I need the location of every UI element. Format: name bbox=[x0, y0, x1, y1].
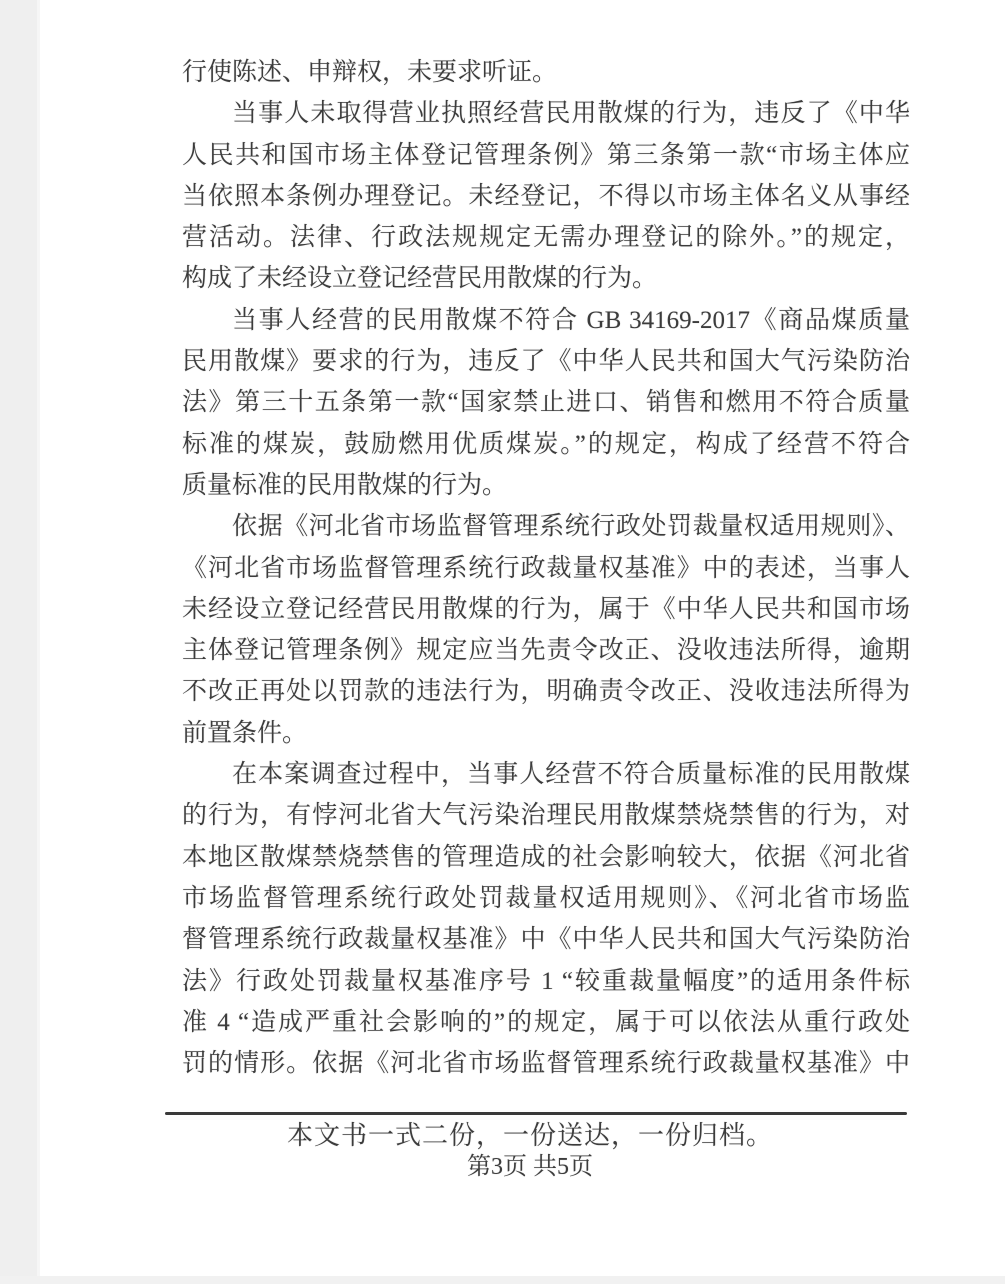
body-line: 法》第三十五条第一款“国家禁止进口、销售和燃用不符合质量 bbox=[182, 382, 910, 423]
body-line: 未经设立登记经营民用散煤的行为，属于《中华人民共和国市场 bbox=[182, 589, 910, 630]
body-line: 罚的情形。依据《河北省市场监督管理系统行政裁量权基准》中 bbox=[182, 1043, 910, 1084]
body-line: 的行为，有悖河北省大气污染治理民用散煤禁烧禁售的行为，对 bbox=[182, 795, 910, 836]
body-line: 当事人经营的民用散煤不符合 GB 34169-2017《商品煤质量 bbox=[182, 300, 910, 341]
scan-edge-bottom bbox=[0, 1276, 1005, 1284]
body-line: 督管理系统行政裁量权基准》中《中华人民共和国大气污染防治 bbox=[182, 919, 910, 960]
body-line: 本地区散煤禁烧禁售的管理造成的社会影响较大，依据《河北省 bbox=[182, 837, 910, 878]
body-line: 《河北省市场监督管理系统行政裁量权基准》中的表述，当事人 bbox=[182, 548, 910, 589]
body-line: 法》行政处罚裁量权基准序号 1 “较重裁量幅度”的适用条件标 bbox=[182, 961, 910, 1002]
body-line: 人民共和国市场主体登记管理条例》第三条第一款“市场主体应 bbox=[182, 135, 910, 176]
body-line: 民用散煤》要求的行为，违反了《中华人民共和国大气污染防治 bbox=[182, 341, 910, 382]
body-line: 营活动。法律、行政法规规定无需办理登记的除外。”的规定， bbox=[182, 217, 910, 258]
body-line: 不改正再处以罚款的违法行为，明确责令改正、没收违法所得为 bbox=[182, 671, 910, 712]
body-line: 构成了未经设立登记经营民用散煤的行为。 bbox=[182, 258, 910, 299]
body-line: 前置条件。 bbox=[182, 713, 910, 754]
page-indicator: 第3页 共5页 bbox=[160, 1153, 900, 1181]
body-line: 行使陈述、申辩权，未要求听证。 bbox=[182, 52, 910, 93]
body-line: 质量标准的民用散煤的行为。 bbox=[182, 465, 910, 506]
body-line: 准 4 “造成严重社会影响的”的规定，属于可以依法从重行政处 bbox=[182, 1002, 910, 1043]
body-line: 市场监督管理系统行政处罚裁量权适用规则》、《河北省市场监 bbox=[182, 878, 910, 919]
footer-divider bbox=[165, 1112, 907, 1115]
footer-note: 本文书一式二份，一份送达，一份归档。 bbox=[160, 1120, 900, 1152]
document-body: 行使陈述、申辩权，未要求听证。 当事人未取得营业执照经营民用散煤的行为，违反了《… bbox=[182, 52, 910, 1084]
body-line: 当依照本条例办理登记。未经登记，不得以市场主体名义从事经 bbox=[182, 176, 910, 217]
body-line: 当事人未取得营业执照经营民用散煤的行为，违反了《中华 bbox=[182, 93, 910, 134]
body-line: 在本案调查过程中，当事人经营不符合质量标准的民用散煤 bbox=[182, 754, 910, 795]
body-line: 依据《河北省市场监督管理系统行政处罚裁量权适用规则》、 bbox=[182, 506, 910, 547]
scan-edge-left bbox=[0, 0, 40, 1284]
body-line: 标准的煤炭，鼓励燃用优质煤炭。”的规定，构成了经营不符合 bbox=[182, 424, 910, 465]
body-line: 主体登记管理条例》规定应当先责令改正、没收违法所得，逾期 bbox=[182, 630, 910, 671]
